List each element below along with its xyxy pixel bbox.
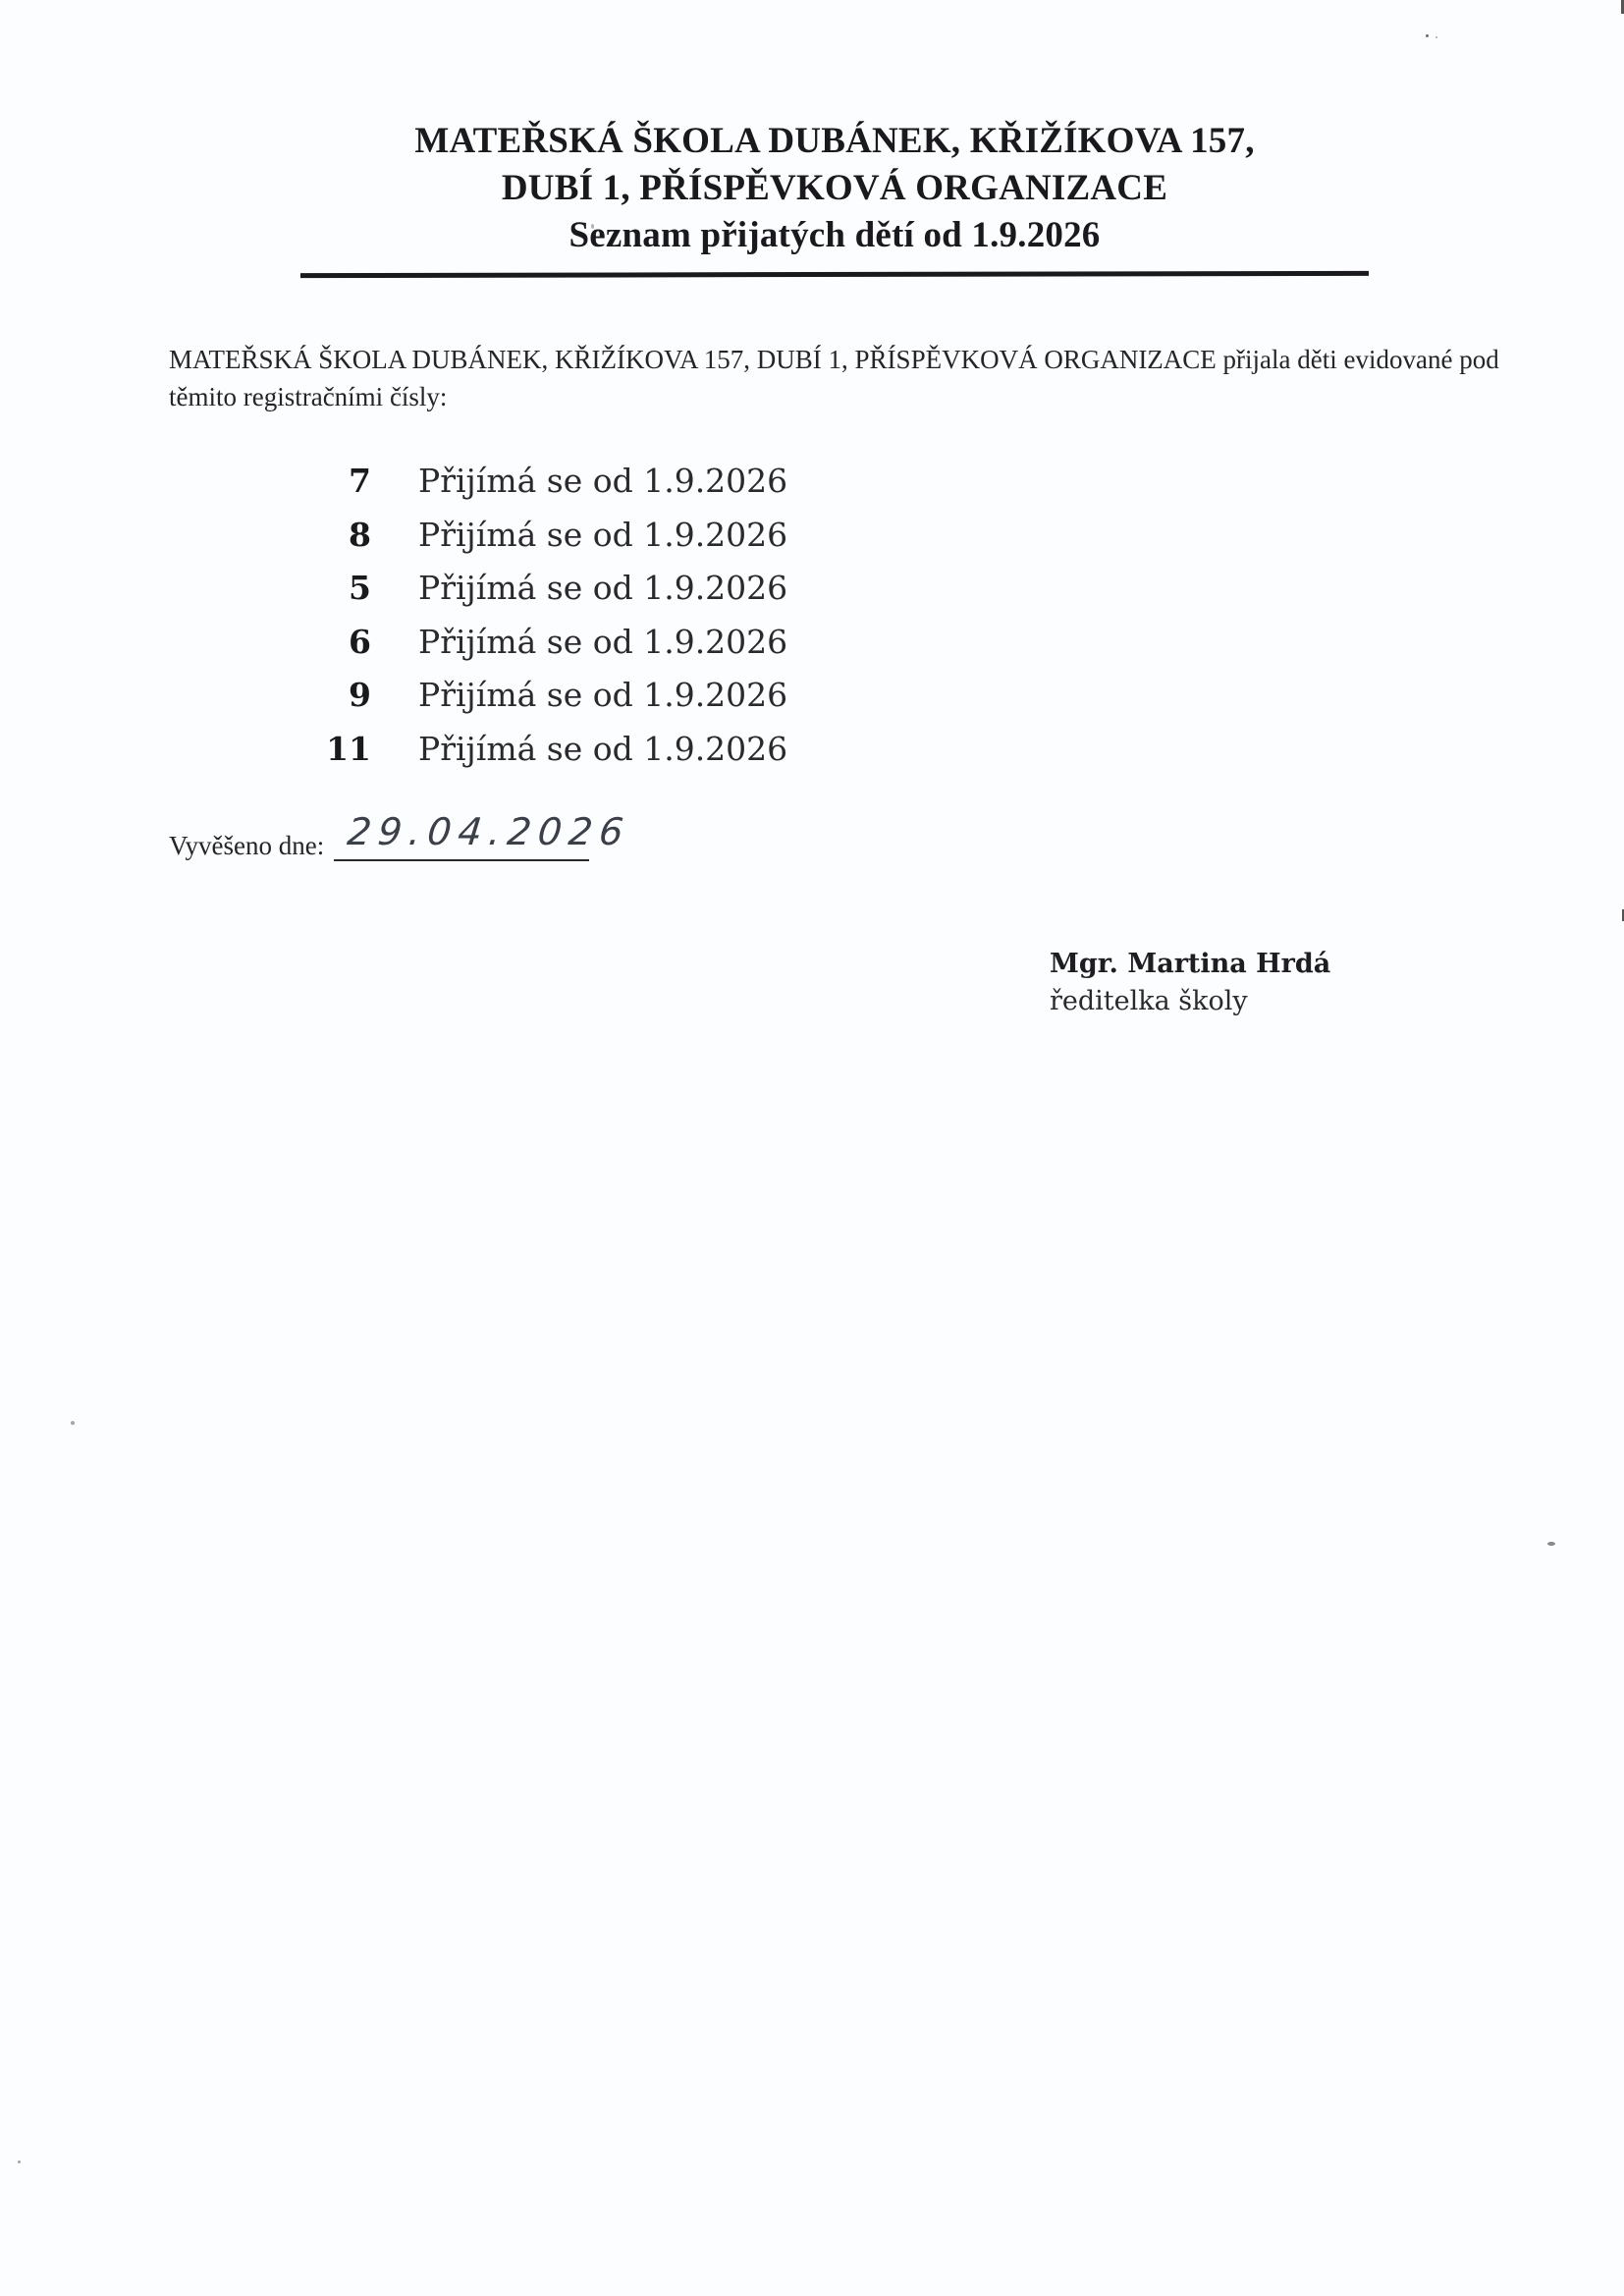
list-item: 5 Přijímá se od 1.9.2026 <box>314 569 787 623</box>
registration-number: 6 <box>314 623 371 661</box>
acceptance-status: Přijímá se od 1.9.2026 <box>418 569 787 607</box>
intro-paragraph: MATEŘSKÁ ŠKOLA DUBÁNEK, KŘIŽÍKOVA 157, D… <box>169 341 1504 415</box>
list-item: 11 Přijímá se od 1.9.2026 <box>314 730 787 784</box>
signature-block: Mgr. Martina Hrdá ředitelka školy <box>1050 946 1330 1020</box>
scan-speck <box>1547 1542 1555 1546</box>
handwritten-date: 29.04.2026 <box>346 810 632 853</box>
posted-date-line: Vyvěšeno dne: 29.04.2026 <box>169 820 589 861</box>
scan-speck <box>71 1421 75 1425</box>
header-divider <box>300 271 1369 278</box>
posted-date-field: 29.04.2026 <box>334 820 589 861</box>
registration-number: 5 <box>314 569 371 607</box>
registration-number: 8 <box>314 516 371 554</box>
signatory-name: Mgr. Martina Hrdá <box>1050 946 1330 983</box>
list-item: 8 Přijímá se od 1.9.2026 <box>314 516 787 570</box>
registration-number: 7 <box>314 462 371 500</box>
header-school-name: MATEŘSKÁ ŠKOLA DUBÁNEK, KŘIŽÍKOVA 157, <box>295 118 1375 165</box>
posted-label: Vyvěšeno dne: <box>169 831 324 861</box>
accepted-list: 7 Přijímá se od 1.9.2026 8 Přijímá se od… <box>314 462 787 784</box>
registration-number: 9 <box>314 676 371 714</box>
acceptance-status: Přijímá se od 1.9.2026 <box>418 730 787 768</box>
scan-speck <box>1435 36 1437 38</box>
registration-number: 11 <box>314 730 371 768</box>
acceptance-status: Přijímá se od 1.9.2026 <box>418 462 787 500</box>
header-list-title: Seznam přijatých dětí od 1.9.2026 <box>295 212 1375 259</box>
document-header: MATEŘSKÁ ŠKOLA DUBÁNEK, KŘIŽÍKOVA 157, D… <box>295 118 1375 259</box>
signatory-title: ředitelka školy <box>1050 983 1330 1020</box>
scan-speck <box>18 2160 21 2163</box>
list-item: 9 Přijímá se od 1.9.2026 <box>314 676 787 730</box>
list-item: 6 Přijímá se od 1.9.2026 <box>314 623 787 677</box>
scan-speck <box>591 224 594 229</box>
acceptance-status: Přijímá se od 1.9.2026 <box>418 676 787 714</box>
acceptance-status: Přijímá se od 1.9.2026 <box>418 623 787 661</box>
scanned-page: MATEŘSKÁ ŠKOLA DUBÁNEK, KŘIŽÍKOVA 157, D… <box>0 0 1624 2296</box>
list-item: 7 Přijímá se od 1.9.2026 <box>314 462 787 516</box>
scan-speck <box>1426 34 1429 37</box>
header-school-name-cont: DUBÍ 1, PŘÍSPĚVKOVÁ ORGANIZACE <box>295 165 1375 212</box>
acceptance-status: Přijímá se od 1.9.2026 <box>418 516 787 554</box>
